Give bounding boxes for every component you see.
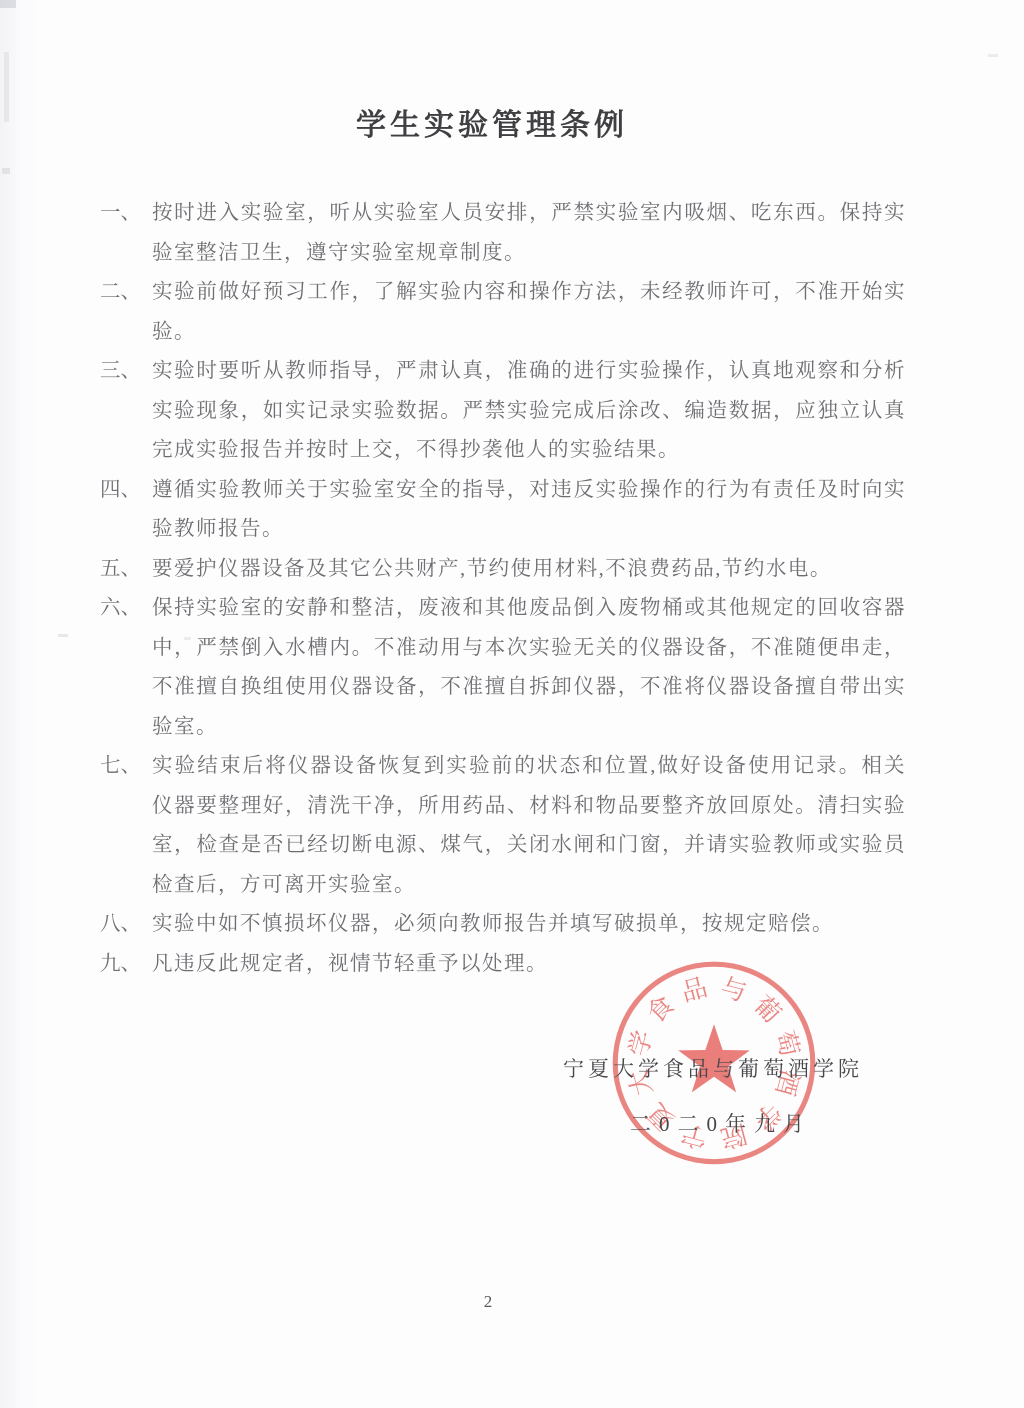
seal-char: 食	[641, 990, 680, 1029]
signature-institution: 宁夏大学食品与葡萄酒学院	[563, 1053, 863, 1083]
rule-number: 六、	[100, 589, 141, 629]
rule-item-5: 五、 要爱护仪器设备及其它公共财产,节约使用材料,不浪费药品,节约水电。	[100, 550, 906, 590]
rule-item-6: 六、 保持实验室的安静和整洁，废液和其他废品倒入废物桶或其他规定的回收容器中，严…	[100, 589, 906, 747]
page-title: 学生实验管理条例	[0, 100, 984, 144]
seal-char: 与	[718, 973, 750, 1008]
rule-number: 三、	[100, 352, 141, 392]
rule-number: 八、	[100, 905, 141, 945]
signature-date: 二0二0年九月	[630, 1108, 812, 1138]
page-number: 2	[0, 1292, 976, 1312]
rule-item-1: 一、 按时进入实验室，听从实验室人员安排，严禁实验室内吸烟、吃东西。保持实验室整…	[100, 194, 906, 273]
rule-number: 一、	[100, 194, 141, 234]
scan-artifact	[2, 168, 10, 174]
rule-text: 实验结束后将仪器设备恢复到实验前的状态和位置,做好设备使用记录。相关仪器要整理好…	[152, 755, 906, 896]
rule-item-3: 三、 实验时要听从教师指导，严肃认真，准确的进行实验操作，认真地观察和分析实验现…	[100, 352, 906, 471]
rule-item-7: 七、 实验结束后将仪器设备恢复到实验前的状态和位置,做好设备使用记录。相关仪器要…	[100, 747, 906, 905]
rule-text: 遵循实验教师关于实验室安全的指导，对违反实验操作的行为有责任及时向实验教师报告。	[152, 479, 906, 541]
scanned-document-page: 学生实验管理条例 一、 按时进入实验室，听从实验室人员安排，严禁实验室内吸烟、吃…	[0, 0, 1024, 1408]
rule-text: 按时进入实验室，听从实验室人员安排，严禁实验室内吸烟、吃东西。保持实验室整洁卫生…	[152, 202, 906, 264]
rule-item-8: 八、 实验中如不慎损坏仪器，必须向教师报告并填写破损单，按规定赔偿。	[100, 905, 906, 945]
rule-number: 二、	[100, 273, 141, 313]
rule-text: 实验中如不慎损坏仪器，必须向教师报告并填写破损单，按规定赔偿。	[152, 913, 834, 935]
rule-item-2: 二、 实验前做好预习工作，了解实验内容和操作方法，未经教师许可，不准开始实验。	[100, 273, 906, 352]
seal-char: 品	[678, 973, 710, 1008]
rule-number: 五、	[100, 550, 141, 590]
rule-text: 实验前做好预习工作，了解实验内容和操作方法，未经教师许可，不准开始实验。	[152, 281, 906, 343]
scan-artifact	[0, 0, 16, 8]
rule-text: 实验时要听从教师指导，严肃认真，准确的进行实验操作，认真地观察和分析实验现象，如…	[152, 360, 906, 461]
rule-text: 凡违反此规定者，视情节轻重予以处理。	[152, 953, 548, 975]
rule-text: 保持实验室的安静和整洁，废液和其他废品倒入废物桶或其他规定的回收容器中，严禁倒入…	[152, 597, 906, 738]
scan-artifact	[988, 54, 998, 57]
rule-number: 七、	[100, 747, 141, 787]
rule-number: 四、	[100, 471, 141, 511]
rules-list: 一、 按时进入实验室，听从实验室人员安排，严禁实验室内吸烟、吃东西。保持实验室整…	[100, 194, 906, 984]
scan-artifact	[58, 634, 68, 637]
rule-text: 要爱护仪器设备及其它公共财产,节约使用材料,不浪费药品,节约水电。	[152, 558, 832, 580]
rule-number: 九、	[100, 945, 141, 985]
rule-item-4: 四、 遵循实验教师关于实验室安全的指导，对违反实验操作的行为有责任及时向实验教师…	[100, 471, 906, 550]
seal-char: 葡	[748, 990, 787, 1029]
